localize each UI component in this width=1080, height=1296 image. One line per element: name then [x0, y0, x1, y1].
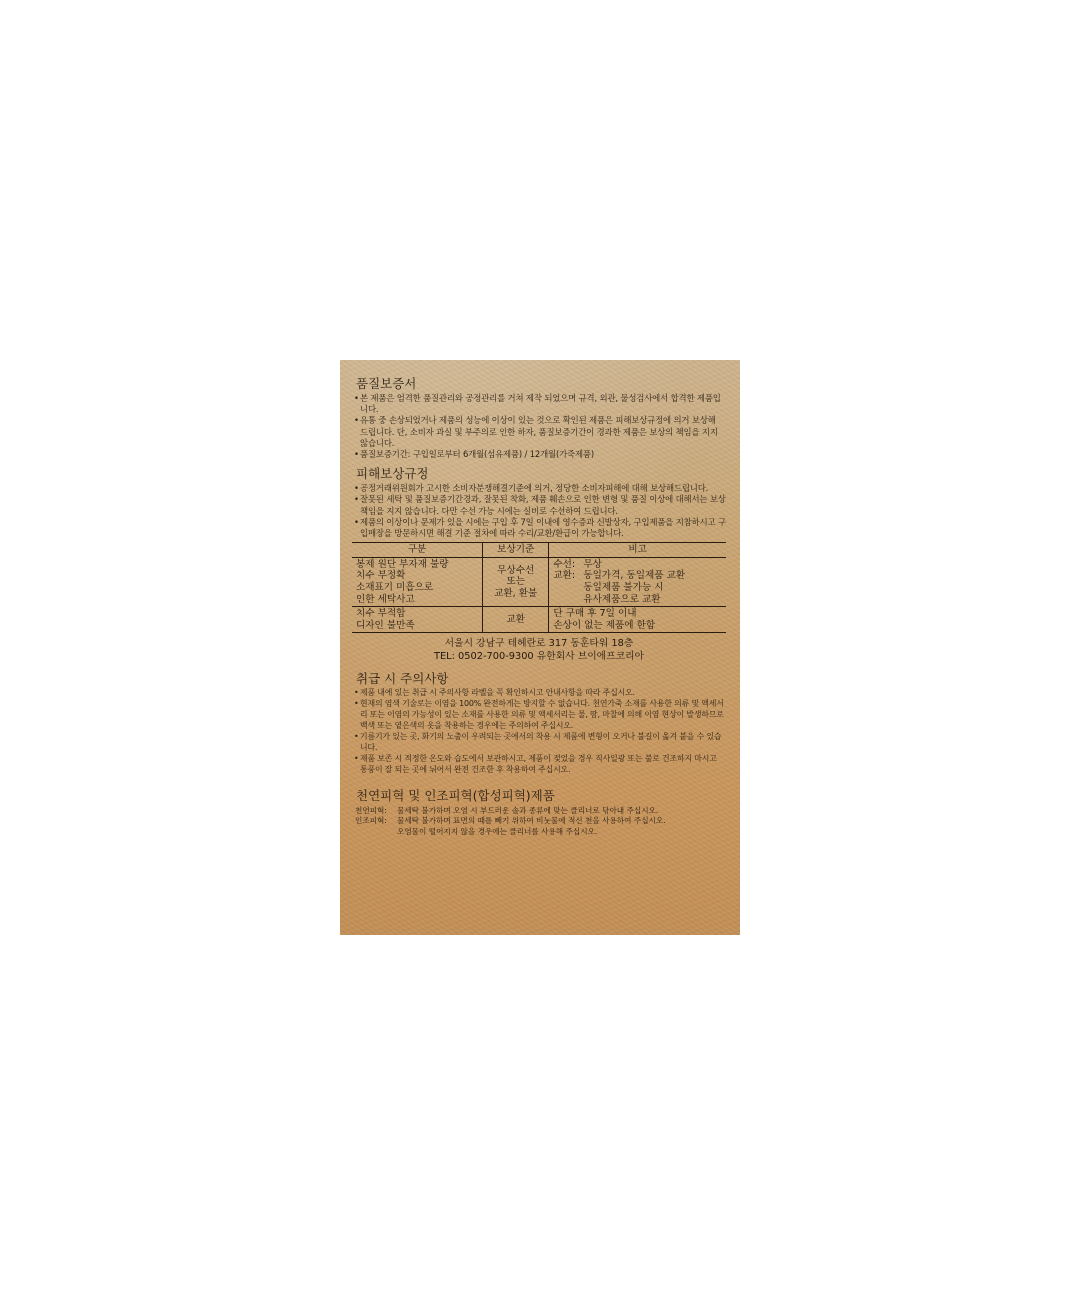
compensation-title: 피해보상규정 [356, 466, 726, 481]
warranty-item: •본 제품은 엄격한 품질관리와 공정관리를 거쳐 제작 되었으며 규격, 외관… [352, 393, 726, 415]
header-category: 구분 [352, 543, 483, 558]
header-standard: 보상기준 [483, 543, 549, 558]
company-phone: TEL: 0502-700-9300 유한회사 브이에프코리아 [352, 651, 726, 664]
handling-item: •제품 내에 있는 취급 시 주의사항 라벨을 꼭 확인하시고 안내사항을 따라… [352, 688, 726, 699]
natural-leather-text: 물세탁 불가하며 오염 시 부드러운 솔과 종류에 맞는 클리너로 닦아내 주십… [397, 806, 726, 817]
handling-item: •현재의 염색 기술로는 이염을 100% 완전하게는 방지할 수 없습니다. … [352, 699, 726, 732]
leather-care-list: 천연피혁: 물세탁 불가하며 오염 시 부드러운 솔과 종류에 맞는 클리너로 … [352, 806, 726, 838]
warranty-section: 품질보증서 •본 제품은 엄격한 품질관리와 공정관리를 거쳐 제작 되었으며 … [352, 376, 726, 460]
cell-category: 치수 부적합 디자인 불만족 [352, 607, 483, 633]
cell-remarks: 단 구매 후 7일 이내 손상이 없는 제품에 한함 [549, 607, 726, 633]
compensation-table: 구분 보상기준 비고 봉제 원단 부자재 불량 치수 부정확 소재표기 미흡으로… [352, 542, 726, 633]
warranty-card: 품질보증서 •본 제품은 엄격한 품질관리와 공정관리를 거쳐 제작 되었으며 … [340, 360, 740, 935]
cell-standard: 교환 [483, 607, 549, 633]
synthetic-leather-row: 인조피혁: 물세탁 불가하며 표면의 때를 빼기 위하여 비눗물에 적신 천을 … [352, 816, 726, 837]
table-row: 치수 부적합 디자인 불만족 교환 단 구매 후 7일 이내 손상이 없는 제품… [352, 607, 726, 633]
handling-item: •제품 보존 시 적정한 온도와 습도에서 보관하시고, 제품이 젖었을 경우 … [352, 754, 726, 776]
compensation-item: •공정거래위원회가 고시한 소비자분쟁해결기준에 의거, 정당한 소비자피해에 … [352, 483, 726, 494]
handling-item: •기름기가 있는 곳, 화기의 노출이 우려되는 곳에서의 착용 시 제품에 변… [352, 732, 726, 754]
natural-leather-label: 천연피혁: [352, 806, 397, 817]
table-row: 봉제 원단 부자재 불량 치수 부정확 소재표기 미흡으로 인한 세탁사고 무상… [352, 557, 726, 606]
compensation-item: •잘못된 세탁 및 품질보증기간경과, 잘못된 착화, 제품 훼손으로 인한 변… [352, 494, 726, 516]
cell-standard: 무상수선 또는 교환, 환불 [483, 557, 549, 606]
synthetic-leather-label: 인조피혁: [352, 816, 397, 837]
cell-remarks: 수선:무상 교환:동일가격, 동일제품 교환 동일제품 불가능 시 유사제품으로… [549, 557, 726, 606]
leather-title: 천연피혁 및 인조피혁(합성피혁)제품 [356, 788, 726, 803]
card-content: 품질보증서 •본 제품은 엄격한 품질관리와 공정관리를 거쳐 제작 되었으며 … [352, 376, 726, 837]
company-address: 서울시 강남구 테헤란로 317 동훈타워 18층 [352, 638, 726, 651]
natural-leather-row: 천연피혁: 물세탁 불가하며 오염 시 부드러운 솔과 종류에 맞는 클리너로 … [352, 806, 726, 817]
handling-section: 취급 시 주의사항 •제품 내에 있는 취급 시 주의사항 라벨을 꼭 확인하시… [352, 671, 726, 775]
header-remarks: 비고 [549, 543, 726, 558]
compensation-item: •제품의 이상이나 문제가 있을 시에는 구입 후 7일 이내에 영수증과 신발… [352, 517, 726, 539]
cell-category: 봉제 원단 부자재 불량 치수 부정확 소재표기 미흡으로 인한 세탁사고 [352, 557, 483, 606]
compensation-section: 피해보상규정 •공정거래위원회가 고시한 소비자분쟁해결기준에 의거, 정당한 … [352, 466, 726, 663]
warranty-item: •유통 중 손상되었거나 제품의 성능에 이상이 있는 것으로 확인된 제품은 … [352, 415, 726, 449]
warranty-period: •품질보증기간: 구입일로부터 6개월(섬유제품) / 12개월(가죽제품) [352, 449, 726, 460]
company-contact: 서울시 강남구 테헤란로 317 동훈타워 18층 TEL: 0502-700-… [352, 638, 726, 663]
handling-title: 취급 시 주의사항 [356, 671, 726, 686]
table-header-row: 구분 보상기준 비고 [352, 543, 726, 558]
warranty-title: 품질보증서 [356, 376, 726, 391]
leather-section: 천연피혁 및 인조피혁(합성피혁)제품 천연피혁: 물세탁 불가하며 오염 시 … [352, 788, 726, 838]
synthetic-leather-text: 오염물이 떨어지지 않을 경우에는 클리너를 사용해 주십시오. [397, 827, 726, 838]
synthetic-leather-text: 물세탁 불가하며 표면의 때를 빼기 위하여 비눗물에 적신 천을 사용하여 주… [397, 816, 726, 827]
